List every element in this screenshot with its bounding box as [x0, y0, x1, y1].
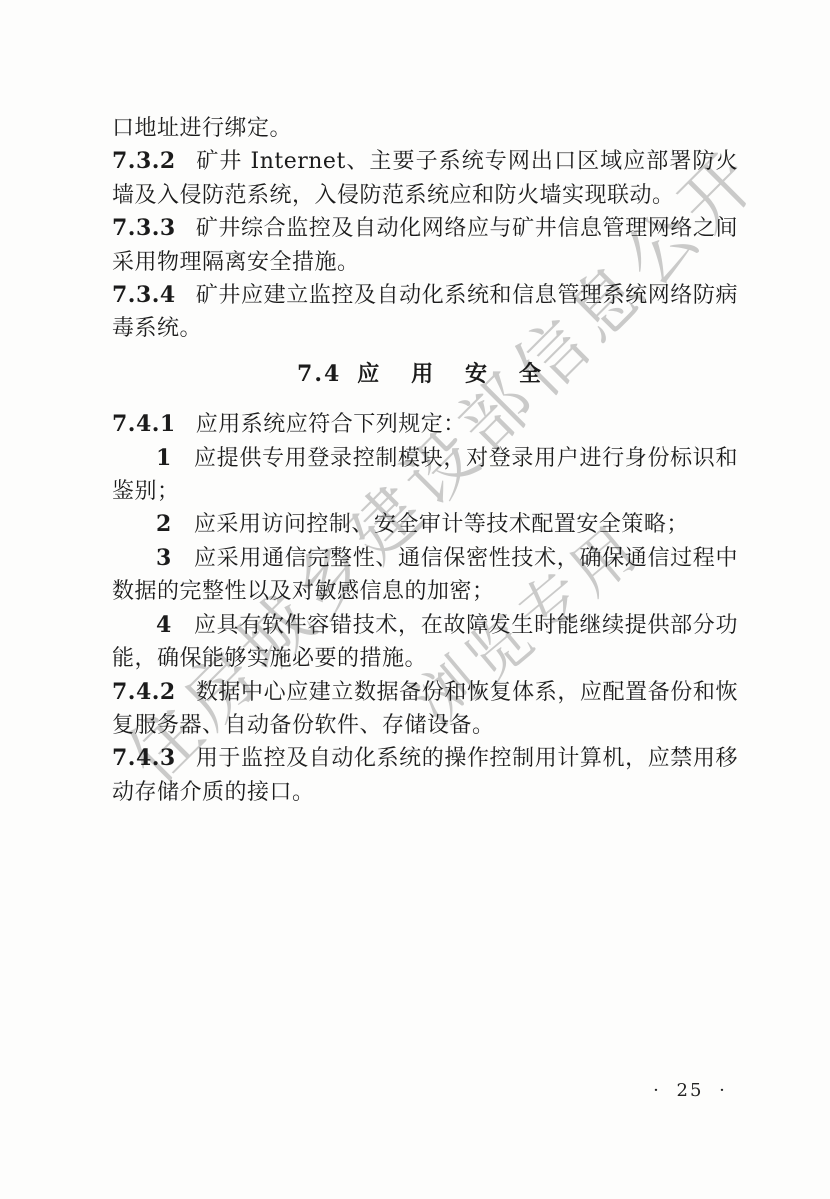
clause-number: 7.3.3 — [112, 215, 176, 241]
item-text: 应具有软件容错技术，在故障发生时能继续提供部分功能，确保能够实施必要的措施。 — [112, 613, 738, 671]
page-number: · 25 · — [640, 1080, 740, 1101]
clause-text: 矿井综合监控及自动化网络应与矿井信息管理网络之间采用物理隔离安全措施。 — [112, 216, 738, 274]
clause-7-3-2: 7.3.2矿井 Internet、主要子系统专网出口区域应部署防火墙及入侵防范系… — [112, 145, 738, 212]
clause-7-4-2: 7.4.2数据中心应建立数据备份和恢复体系，应配置备份和恢复服务器、自动备份软件… — [112, 676, 738, 743]
clause-7-3-3: 7.3.3矿井综合监控及自动化网络应与矿井信息管理网络之间采用物理隔离安全措施。 — [112, 212, 738, 279]
item-number: 4 — [156, 612, 172, 638]
clause-text: 矿井应建立监控及自动化系统和信息管理系统网络防病毒系统。 — [112, 283, 738, 341]
item-number: 1 — [156, 445, 172, 471]
section-title: 应 用 安 全 — [357, 361, 553, 387]
clause-text: 应用系统应符合下列规定： — [196, 412, 466, 437]
item-text: 应采用访问控制、安全审计等技术配置安全策略； — [194, 512, 689, 537]
clause-number: 7.4.1 — [112, 411, 176, 437]
paragraph-text: 口地址进行绑定。 — [112, 116, 292, 141]
section-number: 7.4 — [297, 361, 341, 387]
clause-number: 7.4.3 — [112, 745, 176, 771]
clause-7-4-3: 7.4.3用于监控及自动化系统的操作控制用计算机，应禁用移动存储介质的接口。 — [112, 742, 738, 809]
list-item-1: 1应提供专用登录控制模块，对登录用户进行身份标识和鉴别； — [112, 442, 738, 509]
item-number: 2 — [156, 511, 172, 537]
clause-number: 7.3.4 — [112, 282, 176, 308]
list-item-3: 3应采用通信完整性、通信保密性技术，确保通信过程中数据的完整性以及对敏感信息的加… — [112, 542, 738, 609]
clause-number: 7.3.2 — [112, 148, 176, 174]
clause-text: 数据中心应建立数据备份和恢复体系，应配置备份和恢复服务器、自动备份软件、存储设备… — [112, 680, 738, 738]
clause-text: 用于监控及自动化系统的操作控制用计算机，应禁用移动存储介质的接口。 — [112, 746, 738, 804]
page-body: 口地址进行绑定。 7.3.2矿井 Internet、主要子系统专网出口区域应部署… — [112, 112, 738, 809]
list-item-2: 2应采用访问控制、安全审计等技术配置安全策略； — [112, 508, 738, 541]
item-text: 应采用通信完整性、通信保密性技术，确保通信过程中数据的完整性以及对敏感信息的加密… — [112, 546, 738, 604]
clause-7-4-1: 7.4.1应用系统应符合下列规定： — [112, 408, 738, 441]
clause-number: 7.4.2 — [112, 679, 176, 705]
section-heading-7-4: 7.4应 用 安 全 — [112, 358, 738, 391]
list-item-4: 4应具有软件容错技术，在故障发生时能继续提供部分功能，确保能够实施必要的措施。 — [112, 609, 738, 676]
item-number: 3 — [156, 545, 172, 571]
clause-7-3-4: 7.3.4矿井应建立监控及自动化系统和信息管理系统网络防病毒系统。 — [112, 279, 738, 346]
document-page: 住房城乡建设部信息公开 浏览专用 口地址进行绑定。 7.3.2矿井 Intern… — [0, 0, 830, 1199]
paragraph-continuation: 口地址进行绑定。 — [112, 112, 738, 145]
clause-text: 矿井 Internet、主要子系统专网出口区域应部署防火墙及入侵防范系统，入侵防… — [112, 149, 738, 207]
item-text: 应提供专用登录控制模块，对登录用户进行身份标识和鉴别； — [112, 446, 738, 504]
